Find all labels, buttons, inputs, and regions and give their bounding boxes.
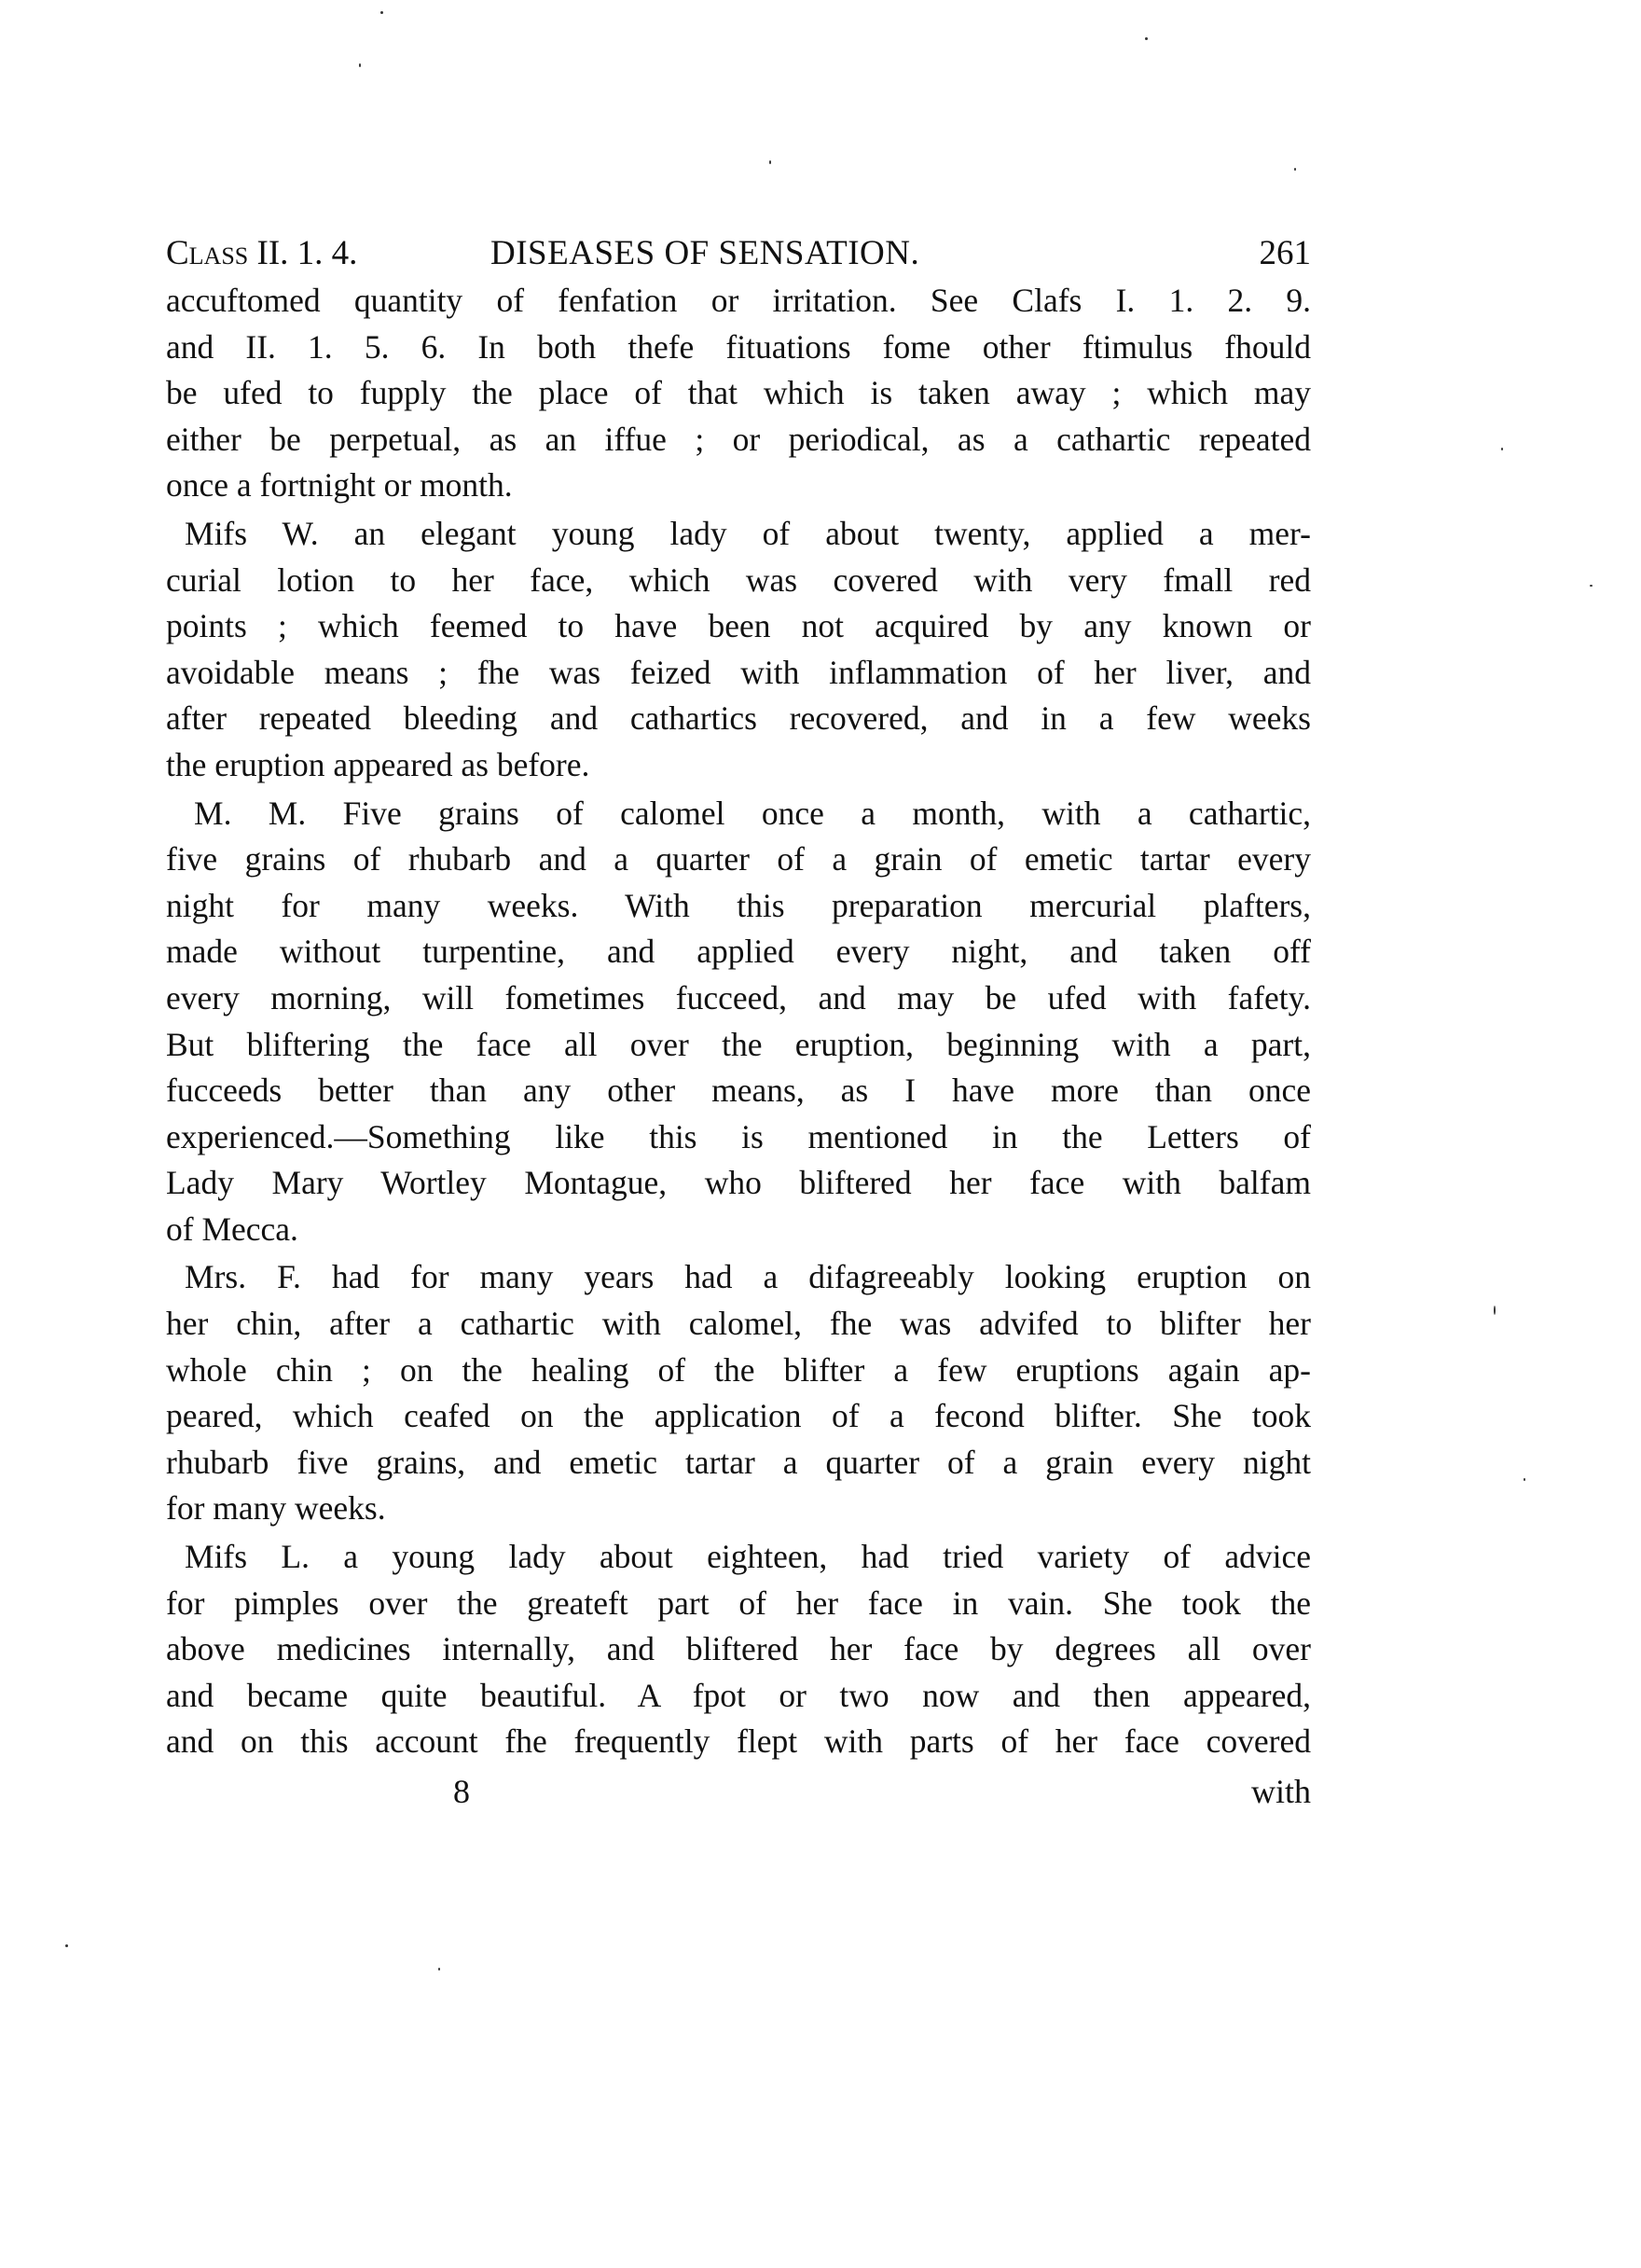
text-line: Mifs W. an elegant young lady of about t…: [166, 511, 1311, 558]
catchword: with: [1251, 1767, 1311, 1816]
class-reference: Class II. 1. 4.: [166, 229, 357, 278]
text-line: But bliftering the face all over the eru…: [166, 1022, 1311, 1069]
text-line: and on this account fhe frequently flept…: [166, 1719, 1311, 1765]
text-line: points ; which feemed to have been not a…: [166, 603, 1311, 650]
class-label: Class: [166, 234, 248, 272]
text-line: Mifs L. a young lady about eighteen, had…: [166, 1534, 1311, 1581]
scan-speck: [1294, 168, 1296, 171]
text-line: peared, which ceafed on the application …: [166, 1393, 1311, 1440]
text-line: Mrs. F. had for many years had a difagre…: [166, 1254, 1311, 1301]
scan-speck: [438, 1968, 440, 1971]
paragraph-mrs-f: Mrs. F. had for many years had a difagre…: [166, 1254, 1311, 1532]
scan-speck: [1590, 585, 1593, 587]
text-line: her chin, after a cathartic with calomel…: [166, 1301, 1311, 1348]
text-line: accuftomed quantity of fenfation or irri…: [166, 278, 1311, 325]
text-line: every morning, will fometimes fucceed, a…: [166, 975, 1311, 1022]
scan-speck: [65, 1944, 68, 1947]
scan-speck: [1494, 1306, 1496, 1315]
text-line: after repeated bleeding and cathartics r…: [166, 696, 1311, 742]
text-line: experienced.—Something like this is ment…: [166, 1114, 1311, 1161]
running-head: Class II. 1. 4. DISEASES OF SENSATION. 2…: [166, 229, 1311, 278]
class-number: II. 1. 4.: [248, 234, 357, 272]
text-line: whole chin ; on the healing of the blift…: [166, 1348, 1311, 1394]
text-line: for pimples over the greateft part of he…: [166, 1581, 1311, 1627]
text-line: for many weeks.: [166, 1486, 1311, 1532]
scan-speck: [380, 11, 383, 14]
chapter-title: DISEASES OF SENSATION.: [490, 229, 919, 278]
page-footer: 8 with: [166, 1767, 1311, 1816]
scan-speck: [1524, 1478, 1525, 1481]
text-line: above medicines internally, and bliftere…: [166, 1626, 1311, 1673]
scan-speck: [359, 63, 361, 67]
text-line: once a fortnight or month.: [166, 463, 1311, 509]
scan-speck: [1501, 448, 1503, 450]
text-line: Lady Mary Wortley Montague, who bliftere…: [166, 1160, 1311, 1207]
text-line: either be perpetual, as an iffue ; or pe…: [166, 417, 1311, 463]
text-line: made without turpentine, and applied eve…: [166, 929, 1311, 975]
text-line: avoidable means ; fhe was feized with in…: [166, 650, 1311, 697]
text-line: and became quite beautiful. A fpot or tw…: [166, 1673, 1311, 1720]
scan-speck: [1145, 37, 1148, 40]
scan-speck: [769, 160, 771, 164]
paragraph-materia-medica: M. M. Five grains of calomel once a mont…: [166, 791, 1311, 1253]
signature-mark: 8: [453, 1767, 470, 1816]
page-number: 261: [1260, 229, 1312, 278]
text-line: fucceeds better than any other means, as…: [166, 1068, 1311, 1114]
book-page: Class II. 1. 4. DISEASES OF SENSATION. 2…: [166, 229, 1311, 1816]
text-line: of Mecca.: [166, 1207, 1311, 1253]
paragraph-miss-l: Mifs L. a young lady about eighteen, had…: [166, 1534, 1311, 1765]
text-line: night for many weeks. With this preparat…: [166, 883, 1311, 930]
text-line: rhubarb five grains, and emetic tartar a…: [166, 1440, 1311, 1487]
text-line: and II. 1. 5. 6. In both thefe fituation…: [166, 325, 1311, 371]
text-line: curial lotion to her face, which was cov…: [166, 558, 1311, 604]
body-text: accuftomed quantity of fenfation or irri…: [166, 278, 1311, 1765]
text-line: the eruption appeared as before.: [166, 742, 1311, 789]
text-line: five grains of rhubarb and a quarter of …: [166, 837, 1311, 883]
paragraph-continuation: accuftomed quantity of fenfation or irri…: [166, 278, 1311, 509]
paragraph-miss-w: Mifs W. an elegant young lady of about t…: [166, 511, 1311, 789]
text-line: M. M. Five grains of calomel once a mont…: [166, 791, 1311, 837]
text-line: be ufed to fupply the place of that whic…: [166, 370, 1311, 417]
